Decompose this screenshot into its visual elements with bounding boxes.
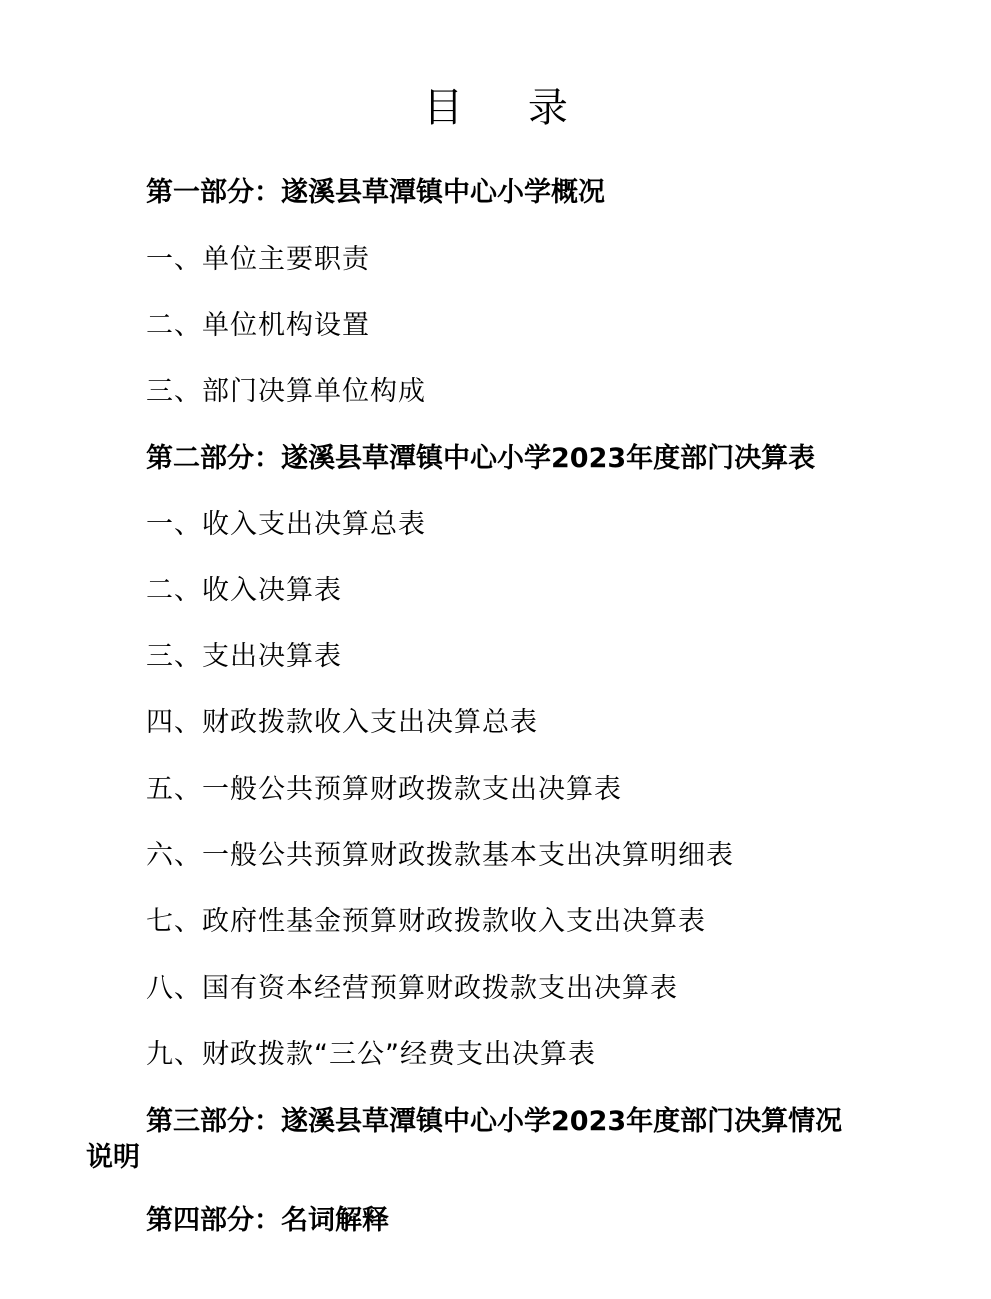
toc-part-3-heading[interactable]: 第三部分：遂溪县草潭镇中心小学2023年度部门决算情况说明 bbox=[86, 1104, 866, 1176]
toc-item[interactable]: 三、支出决算表 bbox=[146, 639, 342, 675]
page-title: 目 录 bbox=[0, 82, 991, 134]
toc-item[interactable]: 二、单位机构设置 bbox=[146, 308, 370, 344]
toc-item[interactable]: 三、部门决算单位构成 bbox=[146, 374, 426, 410]
toc-item[interactable]: 二、收入决算表 bbox=[146, 573, 342, 609]
toc-item[interactable]: 一、单位主要职责 bbox=[146, 242, 370, 278]
toc-item[interactable]: 九、财政拨款“三公”经费支出决算表 bbox=[146, 1037, 596, 1073]
toc-part-4-heading[interactable]: 第四部分：名词解释 bbox=[146, 1203, 389, 1239]
toc-item[interactable]: 四、财政拨款收入支出决算总表 bbox=[146, 705, 538, 741]
toc-item[interactable]: 六、一般公共预算财政拨款基本支出决算明细表 bbox=[146, 838, 734, 874]
toc-item[interactable]: 五、一般公共预算财政拨款支出决算表 bbox=[146, 772, 622, 808]
toc-item[interactable]: 七、政府性基金预算财政拨款收入支出决算表 bbox=[146, 904, 706, 940]
toc-item[interactable]: 八、国有资本经营预算财政拨款支出决算表 bbox=[146, 971, 678, 1007]
toc-part-1-heading[interactable]: 第一部分：遂溪县草潭镇中心小学概况 bbox=[146, 175, 605, 211]
toc-part-2-heading[interactable]: 第二部分：遂溪县草潭镇中心小学2023年度部门决算表 bbox=[146, 441, 815, 477]
toc-item[interactable]: 一、收入支出决算总表 bbox=[146, 507, 426, 543]
